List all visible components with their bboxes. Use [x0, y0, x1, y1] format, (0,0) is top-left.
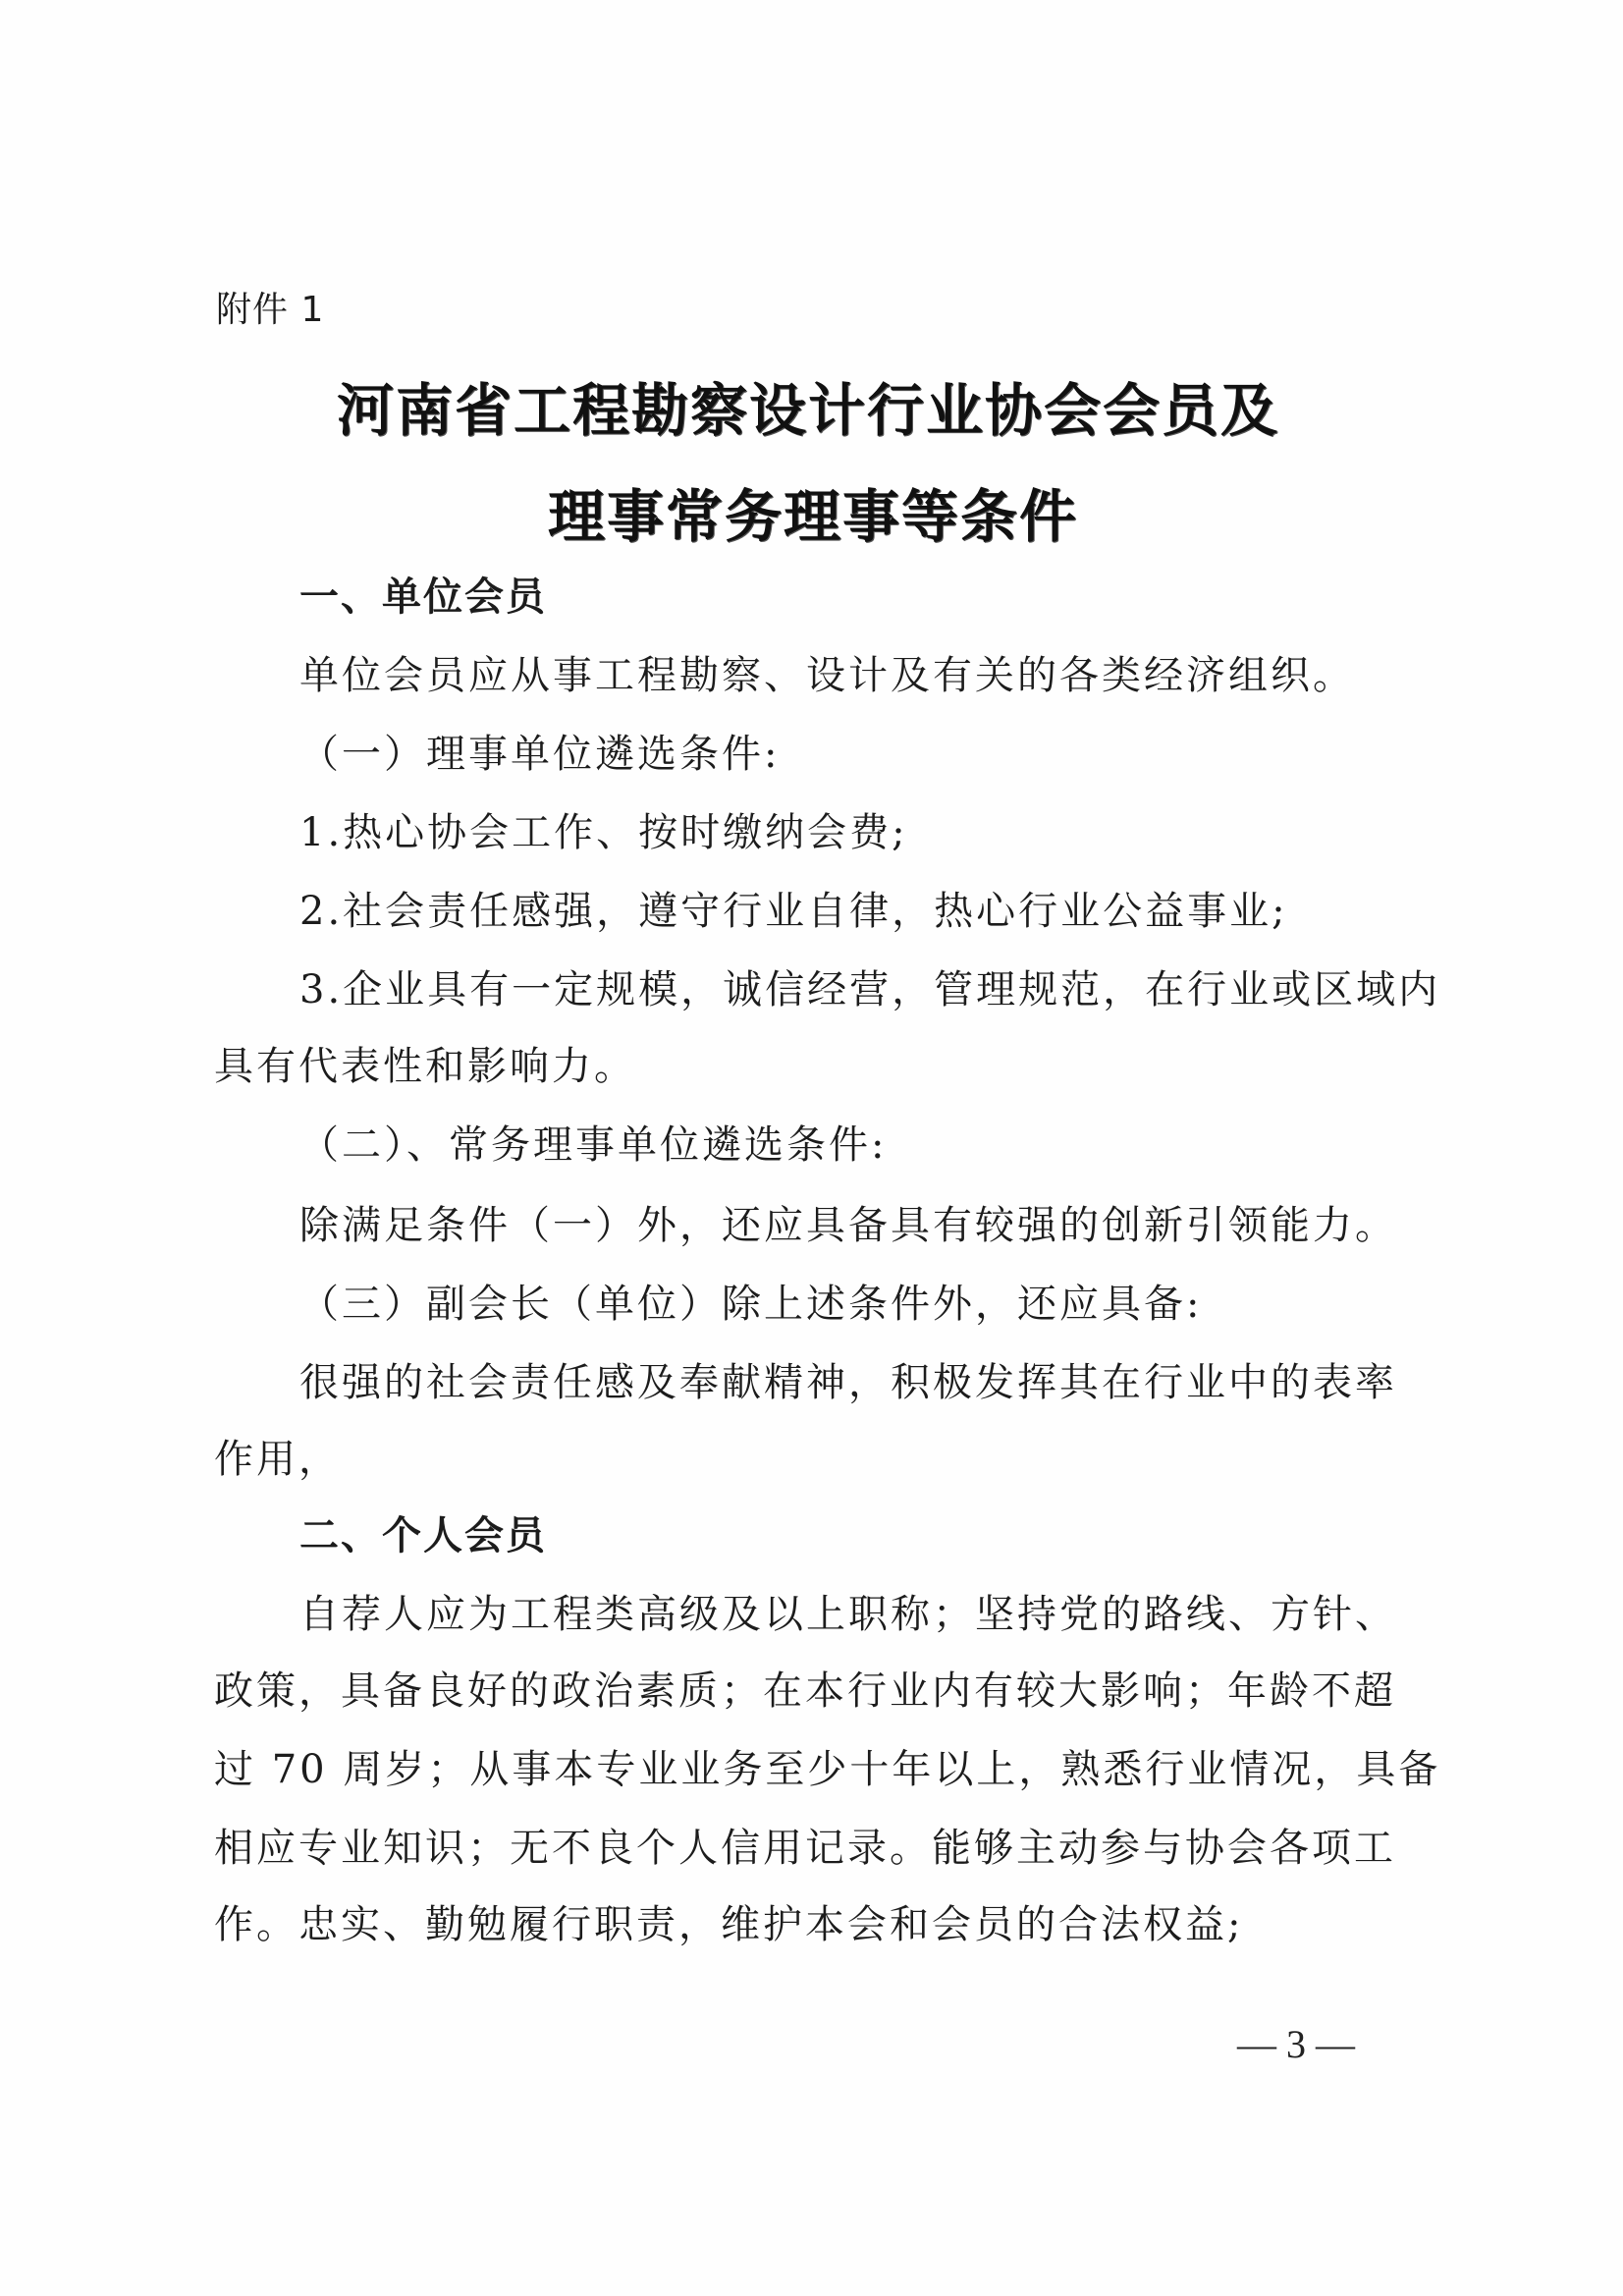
list-item: 2.社会责任感强，遵守行业自律，热心行业公益事业; [299, 888, 1288, 935]
section-heading-individual-members: 二、个人会员 [299, 1512, 547, 1559]
paragraph-vice-president: 很强的社会责任感及奉献精神，积极发挥其在行业中的表率 [299, 1359, 1397, 1406]
paragraph-standing-council: 除满足条件（一）外，还应具备具有较强的创新引领能力。 [299, 1202, 1397, 1249]
paragraph-unit-intro: 单位会员应从事工程勘察、设计及有关的各类经济组织。 [299, 652, 1355, 699]
section-heading-unit-members: 一、单位会员 [299, 574, 547, 621]
paragraph-line: 作。忠实、勤勉履行职责，维护本会和会员的合法权益; [214, 1901, 1243, 1948]
document-page: 附件 1 河南省工程勘察设计行业协会会员及 理事常务理事等条件 一、单位会员 单… [0, 0, 1623, 2296]
page-number: — 3 — [1217, 2021, 1375, 2067]
attachment-label: 附件 1 [216, 287, 324, 334]
list-item-continuation: 具有代表性和影响力。 [214, 1043, 636, 1090]
paragraph-line: 政策，具备良好的政治素质；在本行业内有较大影响；年龄不超 [214, 1667, 1396, 1715]
document-title-line-2: 理事常务理事等条件 [548, 482, 1078, 551]
list-item: 1.热心协会工作、按时缴纳会费; [299, 809, 908, 856]
subheading-council-unit: （一）理事单位遴选条件: [299, 731, 780, 778]
subheading-standing-council-unit: （二）、常务理事单位遴选条件: [299, 1121, 887, 1169]
paragraph-line: 相应专业知识；无不良个人信用记录。能够主动参与协会各项工 [214, 1825, 1396, 1872]
paragraph-line: 自荐人应为工程类高级及以上职称；坚持党的路线、方针、 [299, 1591, 1397, 1638]
paragraph-vice-president-continuation: 作用， [214, 1436, 341, 1483]
document-title-line-1: 河南省工程勘察设计行业协会会员及 [337, 376, 1279, 445]
list-item: 3.企业具有一定规模，诚信经营，管理规范，在行业或区域内 [299, 966, 1440, 1013]
paragraph-line: 过 70 周岁；从事本专业业务至少十年以上，熟悉行业情况，具备 [214, 1746, 1440, 1793]
subheading-vice-president-unit: （三）副会长（单位）除上述条件外，还应具备: [299, 1281, 1202, 1328]
